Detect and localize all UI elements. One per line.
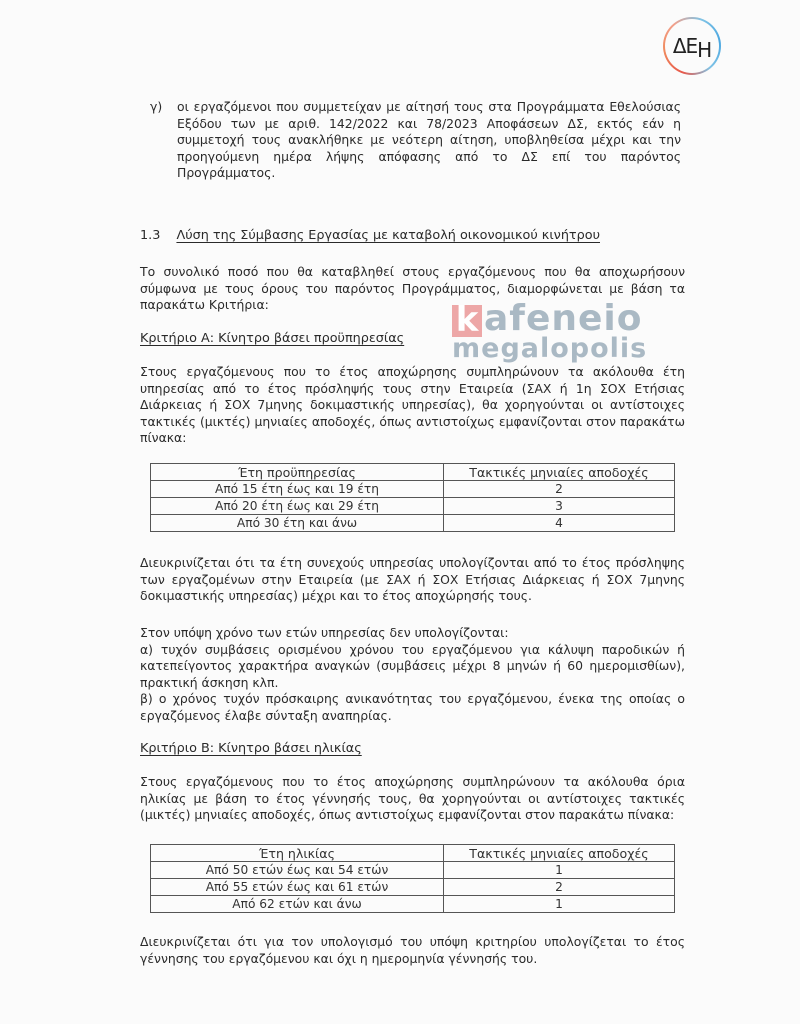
section-title: Λύση της Σύμβασης Εργασίας με καταβολή ο… (176, 228, 600, 243)
table-cell: Από 30 έτη και άνω (151, 515, 444, 532)
section-heading: 1.3 Λύση της Σύμβασης Εργασίας με καταβο… (140, 228, 600, 243)
table-row: Από 55 ετών έως και 61 ετών 2 (151, 879, 675, 896)
deh-logo-icon: ΔΕΗ (663, 17, 721, 75)
column-header: Τακτικές μηνιαίες αποδοχές (444, 845, 675, 862)
column-header: Έτη προϋπηρεσίας (151, 464, 444, 481)
section-number: 1.3 (140, 228, 160, 243)
table-cell: 1 (444, 862, 675, 879)
table-cell: 4 (444, 515, 675, 532)
exclusion-a: α) τυχόν συμβάσεις ορισμένου χρόνου του … (140, 642, 685, 692)
column-header: Έτη ηλικίας (151, 845, 444, 862)
table-header-row: Έτη προϋπηρεσίας Τακτικές μηνιαίες αποδο… (151, 464, 675, 481)
table-cell: 3 (444, 498, 675, 515)
criterion-b-clarification: Διευκρινίζεται ότι για τον υπολογισμό το… (140, 934, 685, 967)
list-item-label: γ) (150, 99, 162, 116)
logo-text: ΔΕΗ (673, 34, 711, 58)
exclusions-intro: Στον υπόψη χρόνο των ετών υπηρεσίας δεν … (140, 625, 685, 642)
criterion-b-heading: Κριτήριο Β: Κίνητρο βάσει ηλικίας (140, 741, 362, 756)
table-row: Από 62 ετών και άνω 1 (151, 896, 675, 913)
table-cell: 2 (444, 879, 675, 896)
table-cell: Από 62 ετών και άνω (151, 896, 444, 913)
exclusion-b: β) ο χρόνος τυχόν πρόσκαιρης ανικανότητα… (140, 691, 685, 724)
table-row: Από 50 ετών έως και 54 ετών 1 (151, 862, 675, 879)
table-header-row: Έτη ηλικίας Τακτικές μηνιαίες αποδοχές (151, 845, 675, 862)
criterion-a-paragraph: Στους εργαζόμενους που το έτος αποχώρηση… (140, 364, 685, 447)
criterion-a-heading: Κριτήριο Α: Κίνητρο βάσει προϋπηρεσίας (140, 331, 404, 346)
exclusions-block: Στον υπόψη χρόνο των ετών υπηρεσίας δεν … (140, 625, 685, 724)
criterion-a-clarification: Διευκρινίζεται ότι τα έτη συνεχούς υπηρε… (140, 555, 685, 605)
list-item-text: οι εργαζόμενοι που συμμετείχαν με αίτησή… (177, 99, 681, 180)
table-cell: Από 50 ετών έως και 54 ετών (151, 862, 444, 879)
watermark-line2: megalopolis (452, 333, 647, 365)
list-item-gamma: γ) οι εργαζόμενοι που συμμετείχαν με αίτ… (177, 99, 681, 182)
table-cell: 2 (444, 481, 675, 498)
criterion-b-paragraph: Στους εργαζόμενους που το έτος αποχώρηση… (140, 774, 685, 824)
table-cell: Από 15 έτη έως και 19 έτη (151, 481, 444, 498)
table-row: Από 20 έτη έως και 29 έτη 3 (151, 498, 675, 515)
service-years-table: Έτη προϋπηρεσίας Τακτικές μηνιαίες αποδο… (150, 463, 675, 532)
table-cell: 1 (444, 896, 675, 913)
intro-paragraph: Το συνολικό ποσό που θα καταβληθεί στους… (140, 264, 685, 314)
table-row: Από 15 έτη έως και 19 έτη 2 (151, 481, 675, 498)
table-cell: Από 20 έτη έως και 29 έτη (151, 498, 444, 515)
table-cell: Από 55 ετών έως και 61 ετών (151, 879, 444, 896)
table-row: Από 30 έτη και άνω 4 (151, 515, 675, 532)
age-table: Έτη ηλικίας Τακτικές μηνιαίες αποδοχές Α… (150, 844, 675, 913)
column-header: Τακτικές μηνιαίες αποδοχές (444, 464, 675, 481)
